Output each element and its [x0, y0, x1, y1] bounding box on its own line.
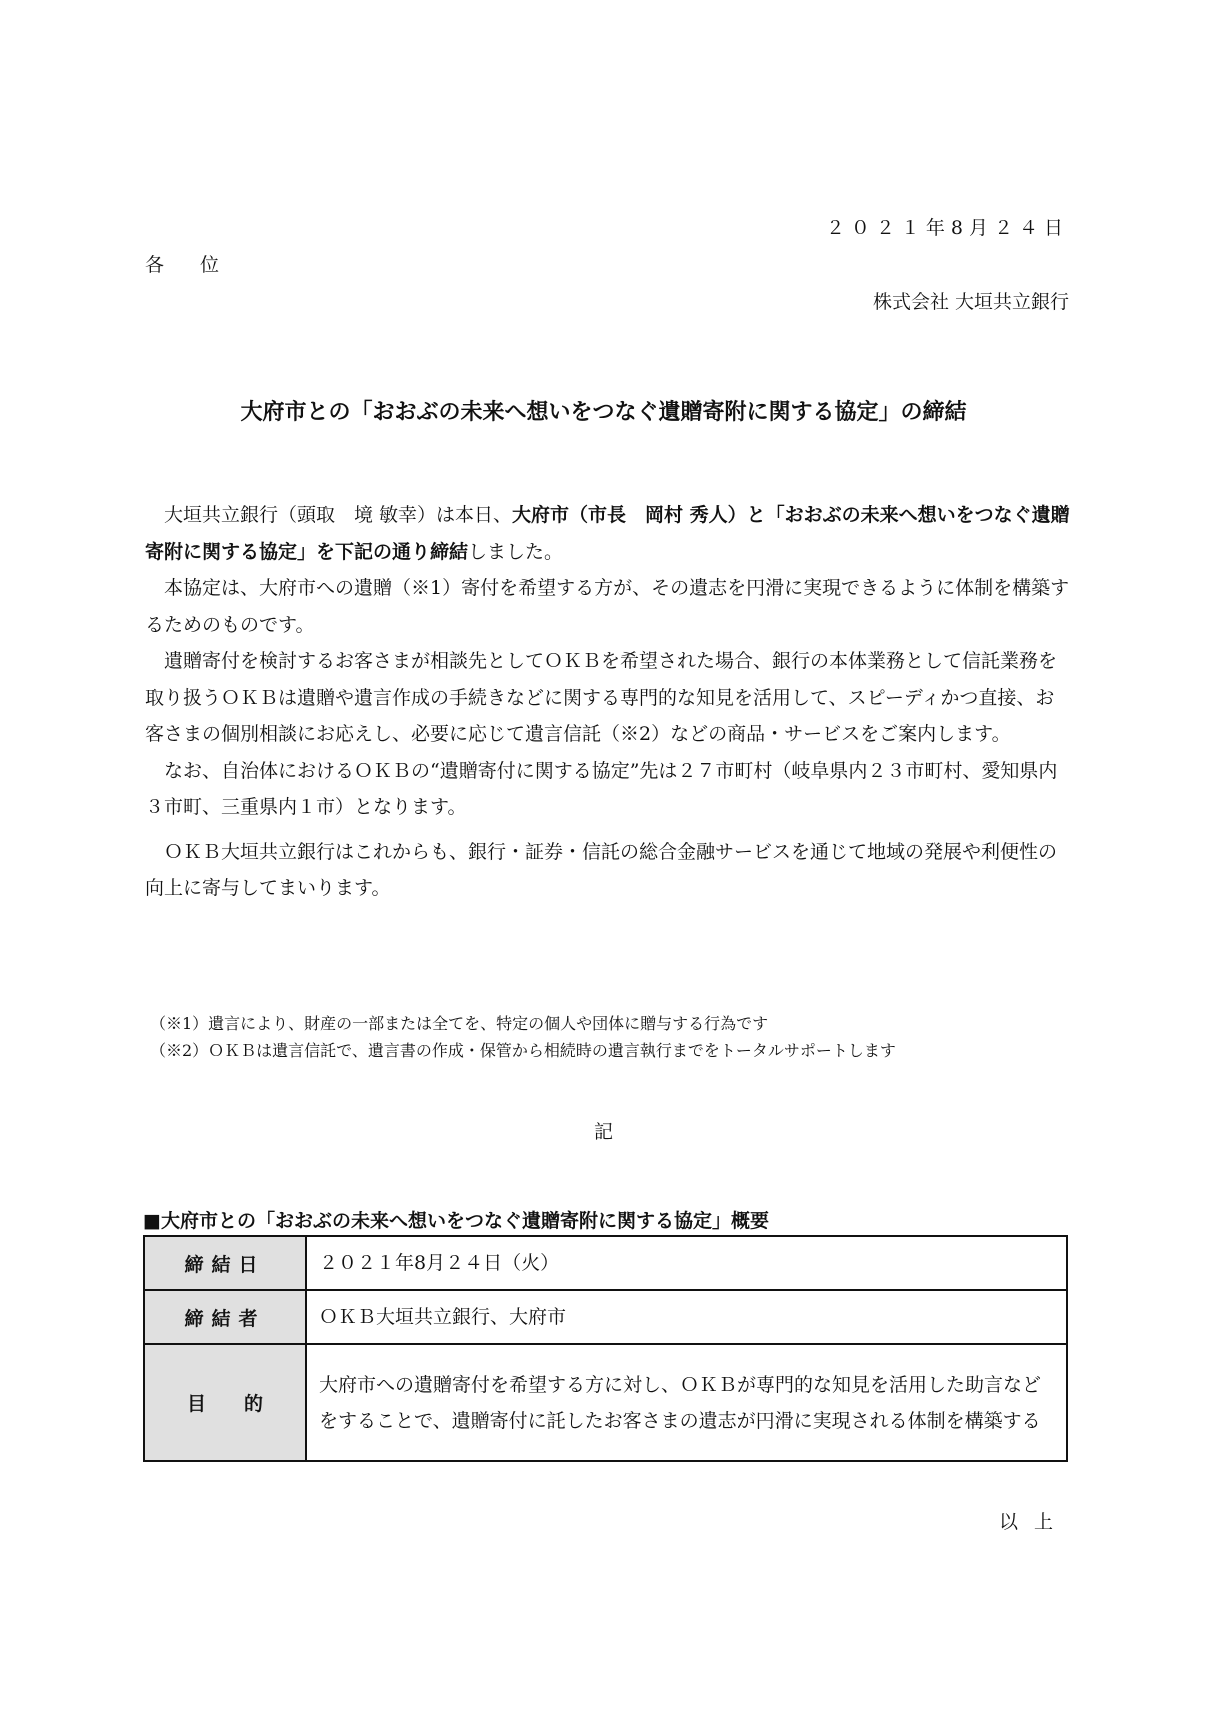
paragraph-1-text: 大垣共立銀行（頭取 境 敏幸）は本日、	[164, 504, 512, 526]
paragraph-5: ＯＫＢ大垣共立銀行はこれからも、銀行・証券・信託の総合金融サービスを通じて地域の…	[145, 834, 1070, 907]
paragraph-4: なお、自治体におけるＯＫＢの“遺贈寄付に関する協定”先は２７市町村（岐阜県内２３…	[145, 753, 1070, 826]
paragraph-3: 遺贈寄付を検討するお客さまが相談先としてＯＫＢを希望された場合、銀行の本体業務と…	[145, 643, 1070, 753]
row-header: 目的	[144, 1344, 306, 1461]
footnote-2: （※2）ＯＫＢは遺言信託で、遺言書の作成・保管から相続時の遺言執行までをトータル…	[150, 1037, 896, 1064]
paragraph-1: 大垣共立銀行（頭取 境 敏幸）は本日、大府市（市長 岡村 秀人）と「おおぶの未来…	[145, 497, 1070, 570]
document-date: ２０２１年8月２４日	[826, 213, 1069, 240]
row-value: ＯＫＢ大垣共立銀行、大府市	[306, 1290, 1067, 1344]
body-section: 大垣共立銀行（頭取 境 敏幸）は本日、大府市（市長 岡村 秀人）と「おおぶの未来…	[145, 497, 1070, 907]
table-row: 締結日 ２０２１年8月２４日（火）	[144, 1236, 1067, 1290]
row-header: 締結者	[144, 1290, 306, 1344]
summary-table: 締結日 ２０２１年8月２４日（火） 締結者 ＯＫＢ大垣共立銀行、大府市 目的 大…	[143, 1235, 1068, 1462]
table-row: 目的 大府市への遺贈寄付を希望する方に対し、ＯＫＢが専門的な知見を活用した助言な…	[144, 1344, 1067, 1461]
footnotes: （※1）遺言により、財産の一部または全てを、特定の個人や団体に贈与する行為です …	[150, 1010, 896, 1064]
row-label-parties: 締結者	[184, 1308, 265, 1330]
addressee-char-2: 位	[200, 254, 219, 276]
footnote-1: （※1）遺言により、財産の一部または全てを、特定の個人や団体に贈与する行為です	[150, 1010, 896, 1037]
row-label-date: 締結日	[184, 1254, 265, 1276]
summary-title: ■大府市との「おおぶの未来へ想いをつなぐ遺贈寄附に関する協定」概要	[143, 1206, 769, 1233]
row-value: ２０２１年8月２４日（火）	[306, 1236, 1067, 1290]
issuer-company: 株式会社 大垣共立銀行	[873, 287, 1069, 314]
row-value: 大府市への遺贈寄付を希望する方に対し、ＯＫＢが専門的な知見を活用した助言などをす…	[306, 1344, 1067, 1461]
table-row: 締結者 ＯＫＢ大垣共立銀行、大府市	[144, 1290, 1067, 1344]
document-title: 大府市との「おおぶの未来へ想いをつなぐ遺贈寄附に関する協定」の締結	[0, 395, 1207, 426]
row-header: 締結日	[144, 1236, 306, 1290]
ki-mark: 記	[0, 1117, 1207, 1144]
paragraph-2: 本協定は、大府市への遺贈（※1）寄付を希望する方が、その遺志を円滑に実現できるよ…	[145, 570, 1070, 643]
closing-mark: 以上	[999, 1507, 1069, 1534]
addressee-char-1: 各	[145, 254, 164, 276]
addressee: 各位	[145, 250, 219, 277]
row-label-purpose: 目的	[149, 1393, 301, 1415]
paragraph-1-end: しました。	[468, 541, 563, 563]
